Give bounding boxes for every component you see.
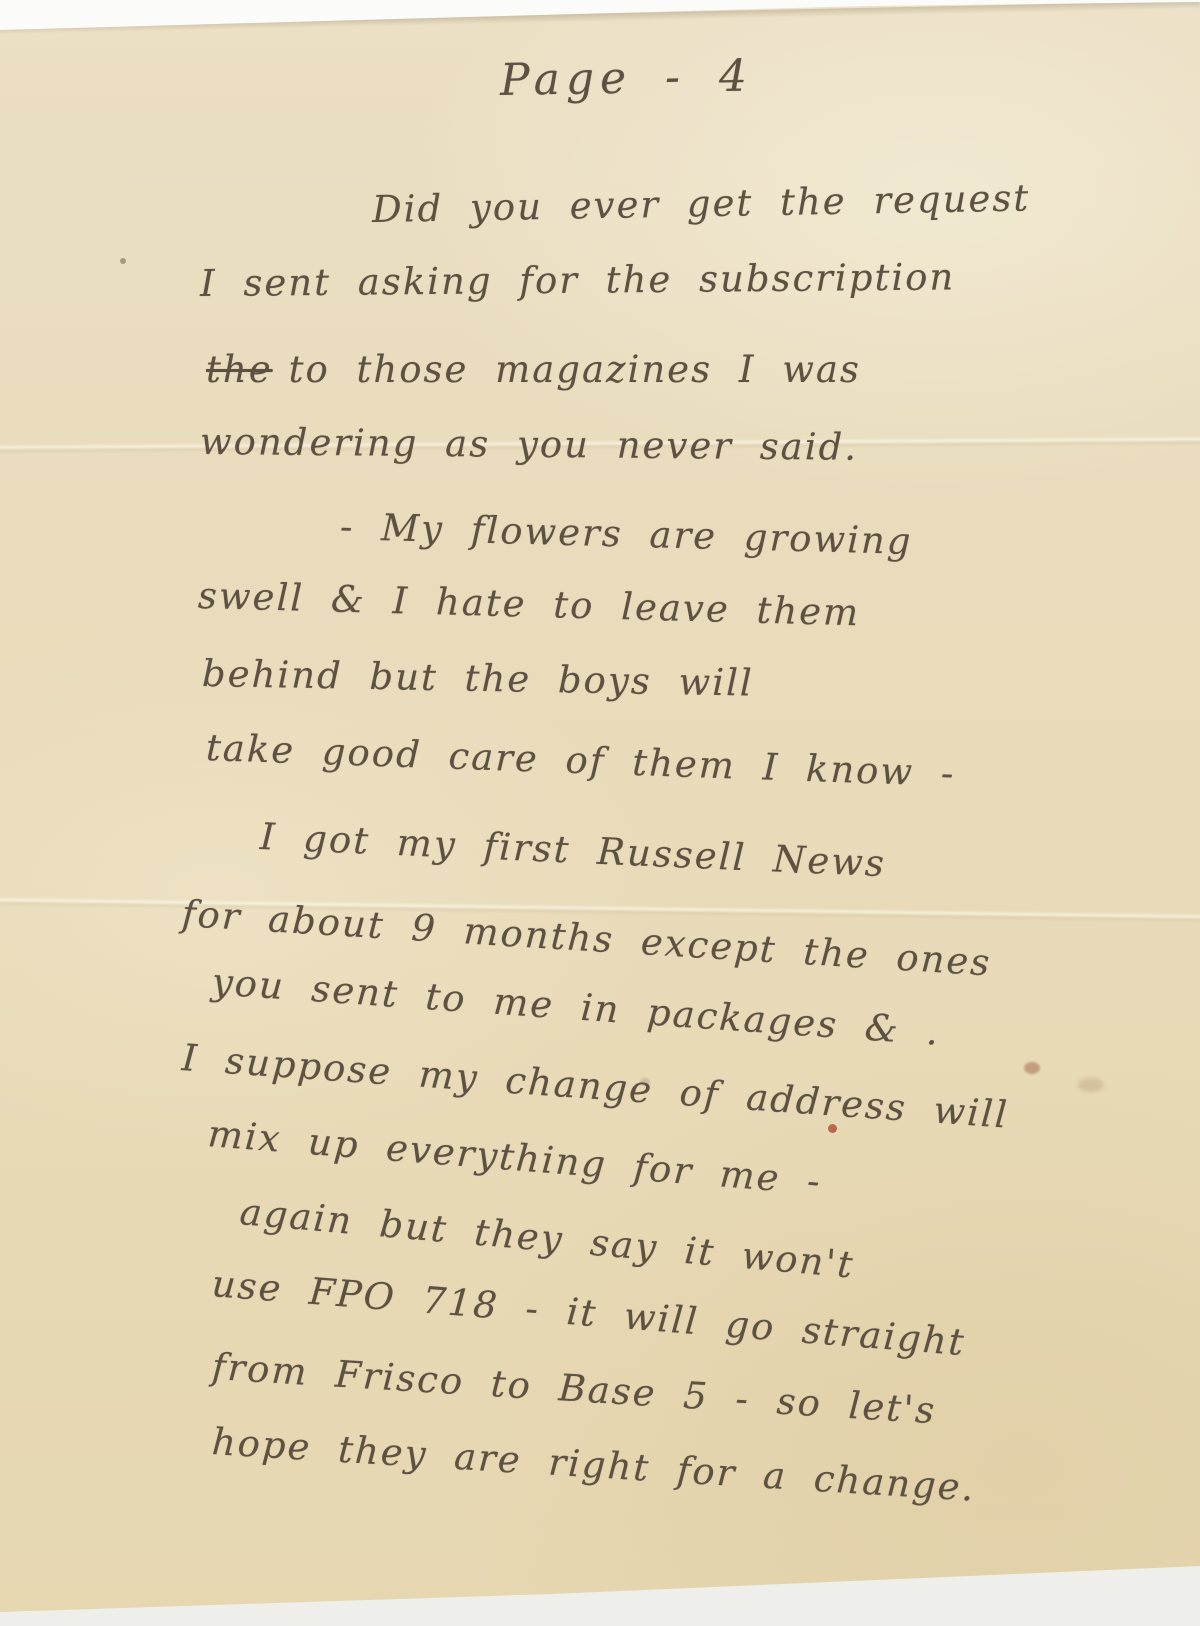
paper-stain (1024, 1062, 1040, 1074)
handwritten-line: Did you ever get the request (372, 177, 1031, 231)
handwritten-line: take good care of them I know - (205, 726, 956, 795)
handwritten-line-text: to those magazines I was (289, 348, 861, 391)
handwritten-line: wondering as you never said. (200, 420, 858, 469)
paper-stain (120, 258, 126, 264)
handwritten-line: behind but the boys will (202, 652, 754, 705)
handwritten-line: I got my first Russell News (259, 815, 887, 885)
paper-stain (828, 1124, 837, 1133)
paper-stain (1078, 1078, 1104, 1092)
letter-paper: Page - 4 Did you ever get the request I … (0, 0, 1200, 1626)
handwritten-line: I sent asking for the subscription (200, 255, 956, 305)
handwritten-line: theto those magazines I was (206, 348, 861, 391)
struck-out-word: the (206, 348, 273, 391)
handwritten-line: hope they are right for a change. (211, 1420, 977, 1510)
handwritten-line: mix up everything for me - (206, 1112, 823, 1203)
handwritten-line: swell & I hate to leave them (197, 574, 860, 634)
handwritten-line: from Frisco to Base 5 - so let's (211, 1345, 938, 1432)
handwritten-line: - My flowers are growing (339, 505, 913, 563)
page-number-heading: Page - 4 (500, 51, 754, 106)
